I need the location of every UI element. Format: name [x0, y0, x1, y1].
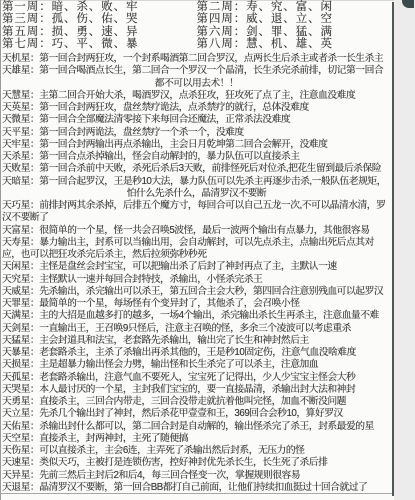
- colon-separator: ：: [30, 482, 39, 493]
- star-entry: 天罪星：最简单的一个星，每场怪有个变异封了，其他杀了，会召唤小怪: [2, 298, 391, 310]
- guide-page: 第一周：暗、杀、败、牢第二周：寿、究、富、闲第三周：孤、伤、佑、哭第四周：威、退…: [0, 0, 415, 500]
- star-entry: 天哭星：本人最讨厌的一个星，主封我们宝宝的，要一直接晶清，杀输出封大法和神封: [2, 384, 391, 396]
- star-name: 天闲星: [2, 261, 30, 272]
- star-name: 天哭星: [2, 384, 30, 395]
- right-border: [392, 2, 394, 496]
- star-entry: 天暗星：第一回合起罗汉，王是秒10大法，暴力队伍可以先杀主再逐步击杀,一般队伍老…: [2, 176, 391, 188]
- star-entry: 天佑星：杀输出封什么都可以，第二回合封是自动解的，输出怪杀完了杀王，封系最爱的星: [2, 421, 391, 433]
- star-entry: 天暴星：老套路杀主，主杀了杀输出再杀其他的，王是秒10固定伤，注意气血没啥难度: [2, 347, 391, 359]
- star-name: 天剑星: [2, 323, 30, 334]
- star-entry: 天闲星：主怪是盘丝会封宝宝，可以把输出杀了后封了神封再点了主，主默认一速: [2, 261, 391, 273]
- star-entry: 天满星：主的大招是血越多打的越多，一场4个输出，杀完输出杀长生再杀主，注意血量不…: [2, 310, 391, 322]
- star-name: 天败星: [2, 163, 30, 174]
- colon-separator: ：: [30, 286, 39, 297]
- star-entry: 天雄星：第一回合喝酒点长生，第二回合一个罗汉一个晶清，长生杀完杀前排，切记第一回…: [2, 65, 391, 77]
- star-guide-text: 第一回合点杀掉输出，怪会自动解封的，暴力队伍可以直接杀主: [39, 151, 299, 162]
- star-guide-text: 老套路杀输出，注意气血不要死人，宝宝死了记得出，少人少宝宝主怪会大秒: [39, 372, 355, 383]
- star-guide-text: 暴力输出主，封系可以当输出用，会自动解封，可以先点杀主，点输出死后点其对应，也可…: [2, 237, 374, 260]
- star-entry: 天异星：先前三然后主封后2和后4，每三回合怪变一次，掌握规则很容易: [2, 470, 391, 482]
- star-name: 天异星: [2, 470, 30, 481]
- star-name: 天损星: [2, 359, 30, 370]
- star-entry: 天寿星：暴力输出主，封系可以当输出用，会自动解封，可以先点杀主，点输出死后点其对…: [2, 237, 391, 262]
- star-name: 天暴星: [2, 347, 30, 358]
- star-guide-text: 第一回合起罗汉，王是秒10大法，暴力队伍可以先杀主再逐步击杀,一般队伍老规矩，: [39, 176, 386, 187]
- star-name: 天威星: [2, 286, 30, 297]
- colon-separator: ：: [30, 323, 39, 334]
- star-guide-text: 直接杀主，三回合内带走，三回合没带走就抗着他叫完怪，加血不断没问题: [39, 396, 346, 407]
- star-name: 天满星: [2, 310, 30, 321]
- colon-separator: ：: [30, 237, 39, 248]
- star-entry: 天勇星：直接杀主，三回合内带走，三回合没带走就抗着他叫完怪，加血不断没问题: [2, 396, 391, 408]
- star-guide-text: 主怪是盘丝会封宝宝，可以把输出杀了后封了神封再点了主，主默认一速: [39, 261, 337, 272]
- star-guide-text: 主会封道具和法宝，老套路先杀输出，输出完了长生和神封然后主: [39, 335, 309, 346]
- colon-separator: ：: [30, 114, 39, 125]
- star-guide-text: 直接杀主，封两神封，主死了随便搞: [39, 433, 188, 444]
- star-guide-text: 第一回合封两输出再点杀输出，主会日月乾坤第二回合会解开，没难度: [39, 139, 327, 150]
- star-entry: 天败星：第一回合杀前中天败，杀死后杀后3天败，前排怪死后对位杀,把花生留到最后杀…: [2, 163, 391, 175]
- week-item: 第六周：剑、罪、猛、满: [197, 26, 392, 38]
- colon-separator: ：: [30, 90, 39, 101]
- colon-separator: ：: [30, 225, 39, 236]
- week-item: 第一周：暗、杀、败、牢: [2, 1, 197, 13]
- colon-separator: ：: [30, 335, 39, 346]
- star-name: 天勇星: [2, 396, 30, 407]
- star-name: 天杀星: [2, 151, 30, 162]
- colon-separator: ：: [30, 396, 39, 407]
- star-entry: 天英星：第一回合封两狂攻，盘丝禁疗诡法，点杀禁疗的就行，总体没难度: [2, 102, 391, 114]
- star-name: 天暗星: [2, 176, 30, 187]
- colon-separator: ：: [30, 457, 39, 468]
- star-guide-text: 前排封两其余杀掉，后排五个魔方寸，每回合可以自己五龙一次,不可以晶清水清，罗汉不…: [2, 200, 385, 223]
- week-item: 第四周：威、退、立、空: [197, 13, 392, 25]
- colon-separator: ：: [30, 65, 39, 76]
- star-entry: 天杀星：第一回合点杀掉输出，怪会自动解封的，暴力队伍可以直接杀主: [2, 151, 391, 163]
- star-guide-text: 类似天巧，主被打是连锁伤害，控好神封优先杀长生，长生死了杀后排: [39, 457, 327, 468]
- star-name: 天速星: [2, 457, 30, 468]
- colon-separator: ：: [30, 151, 39, 162]
- star-name: 天牢星: [2, 139, 30, 150]
- star-guide-text: 可以直接杀主，主会6连，主弄死了杀输出然后封系，无压力的怪: [39, 445, 304, 456]
- week-item: 第八周：慧、机、雄、英: [197, 38, 392, 50]
- star-name: 天究星: [2, 274, 30, 285]
- star-guide-text: 第一回合杀前中天败，杀死后杀后3天败，前排怪死后对位杀,把花生留到最后杀保险: [39, 163, 381, 174]
- colon-separator: ：: [30, 274, 39, 285]
- colon-separator: ：: [30, 310, 39, 321]
- colon-separator: ：: [30, 127, 39, 138]
- star-guide-text: 第一回合封两狂攻，一个封系喝酒第二回合罗汉，点两长生后杀主或者杀一长生杀主: [39, 53, 383, 64]
- week-item: 第五周：损、勇、速、异: [2, 26, 197, 38]
- star-guide-text: 主是超暴力输出怪会力劈，输出怪和长生杀完了可以杀主，注意加血: [39, 359, 318, 370]
- week-schedule: 第一周：暗、杀、败、牢第二周：寿、究、富、闲第三周：孤、伤、佑、哭第四周：威、退…: [2, 1, 391, 50]
- colon-separator: ：: [30, 298, 39, 309]
- week-item: 第三周：孤、伤、佑、哭: [2, 13, 197, 25]
- star-guide-text: 主的大招是血越多打的越多，一场4个输出，杀完输出杀长生再杀主，注意血量不难: [39, 310, 379, 321]
- guide-content: 第一周：暗、杀、败、牢第二周：寿、究、富、闲第三周：孤、伤、佑、哭第四周：威、退…: [2, 1, 391, 494]
- star-name: 天英星: [2, 102, 30, 113]
- star-name: 天立星: [2, 408, 30, 419]
- star-entry: 天速星：类似天巧，主被打是连锁伤害，控好神封优先杀长生，长生死了杀后排: [2, 457, 391, 469]
- star-entry: 天立星：先杀几个输出封了神封，然后杀花甲壹壹和王，369回合会秒10，算好罗汉: [2, 408, 391, 420]
- colon-separator: ：: [30, 176, 39, 187]
- right-gutter: [394, 0, 415, 500]
- star-entry: 天空星：直接杀主，封两神封，主死了随便搞: [2, 433, 391, 445]
- star-guide-text: 先前三然后主封后2和后4，每三回合怪变一次，掌握规则很容易: [39, 470, 300, 481]
- star-guide-text: 老套路杀主，主杀了杀输出再杀其他的，王是秒10固定伤，注意气血没啥难度: [39, 347, 356, 358]
- star-guide-text: 第一回合封两狂攻，盘丝禁疗诡法，点杀禁疗的就行，总体没难度: [39, 102, 309, 113]
- star-guide-text: 晶清罗汉不要断，第一回合BB都打自己前面，让他们持续扣血挺过十回合就过了: [39, 482, 367, 493]
- colon-separator: ：: [30, 470, 39, 481]
- week-item: 第七周：巧、平、微、暴: [2, 38, 197, 50]
- colon-separator: ：: [30, 384, 39, 395]
- colon-separator: ：: [30, 359, 39, 370]
- colon-separator: ：: [30, 408, 39, 419]
- entry-list: 天机星：第一回合封两狂攻，一个封系喝酒第二回合罗汉，点两长生后杀主或者杀一长生杀…: [2, 53, 391, 494]
- star-guide-text: 最简单的一个星，每场怪有个变异封了，其他杀了，会召唤小怪: [39, 298, 299, 309]
- star-entry: 天富星：很简单的一个星，怪一共会召唤5波怪，最后一波两个输出有点暴力，其他很容易: [2, 225, 391, 237]
- star-entry: 天慧星：主第二回合开始大杀，喝酒罗汉，点杀狂攻，狂攻死了点了主，注意血没难度: [2, 90, 391, 102]
- star-name: 天寿星: [2, 237, 30, 248]
- star-guide-continuation: 都不可以用去术！！: [2, 78, 391, 90]
- star-guide-text: 主第二回合开始大杀，喝酒罗汉，点杀狂攻，狂攻死了点了主，注意血没难度: [39, 90, 355, 101]
- star-entry: 天剑星：一直输出王，王召唤9只怪后，注意主召唤的怪，多余三个凌波可以考虑重杀: [2, 323, 391, 335]
- star-name: 天雄星: [2, 65, 30, 76]
- week-item: 第二周：寿、究、富、闲: [197, 1, 392, 13]
- colon-separator: ：: [30, 163, 39, 174]
- colon-separator: ：: [30, 433, 39, 444]
- star-guide-text: 第一回合全部魔法清零接下来每回合还魔法，正常杀法没难度: [39, 114, 290, 125]
- star-name: 天慧星: [2, 90, 30, 101]
- star-entry: 天孤星：老套路杀输出，注意气血不要死人，宝宝死了记得出，少人少宝宝主怪会大秒: [2, 372, 391, 384]
- bottom-border: [0, 493, 394, 494]
- star-guide-text: 本人最讨厌的一个星，主封我们宝宝的，要一直接晶清，杀输出封大法和神封: [39, 384, 355, 395]
- star-entry: 天伤星：可以直接杀主，主会6连，主弄死了杀输出然后封系，无压力的怪: [2, 445, 391, 457]
- colon-separator: ：: [30, 53, 39, 64]
- star-guide-text: 一直输出王，王召唤9只怪后，注意主召唤的怪，多余三个凌波可以考虑重杀: [39, 323, 351, 334]
- star-name: 天退星: [2, 482, 30, 493]
- star-entry: 天威星：先杀输出，杀完输出可以杀王，第五回合主会大秒，第四回合注意别残血可以起罗…: [2, 286, 391, 298]
- star-name: 天空星: [2, 433, 30, 444]
- colon-separator: ：: [30, 445, 39, 456]
- star-name: 天富星: [2, 225, 30, 236]
- star-entry: 天微星：第一回合全部魔法清零接下来每回合还魔法，正常杀法没难度: [2, 114, 391, 126]
- colon-separator: ：: [30, 261, 39, 272]
- star-name: 天微星: [2, 114, 30, 125]
- star-entry: 天究星：主怪默认一速并每回合封特技，杀输出，小怪杀完杀王: [2, 274, 391, 286]
- star-entry: 天损星：主是超暴力输出怪会力劈，输出怪和长生杀完了可以杀主，注意加血: [2, 359, 391, 371]
- star-guide-text: 先杀输出，杀完输出可以杀王，第五回合主会大秒，第四回合注意别残血可以起罗汉: [39, 286, 383, 297]
- colon-separator: ：: [30, 421, 39, 432]
- star-entry: 天平星：第一回合封两诡法，盘丝禁疗一个杀一个，没难度: [2, 127, 391, 139]
- colon-separator: ：: [30, 200, 39, 211]
- star-guide-text: 先杀几个输出封了神封，然后杀花甲壹壹和王，369回合会秒10，算好罗汉: [39, 408, 343, 419]
- left-border: [0, 0, 1, 500]
- star-name: 天罪星: [2, 298, 30, 309]
- colon-separator: ：: [30, 372, 39, 383]
- star-name: 天机星: [2, 53, 30, 64]
- star-guide-continuation: 怕什么先杀什么，晶清罗汉不要断: [2, 188, 391, 200]
- star-guide-text: 杀输出封什么都可以，第二回合封是自动解的，输出怪杀完了杀王，封系最爱的星: [39, 421, 374, 432]
- star-name: 天佑星: [2, 421, 30, 432]
- star-entry: 天巧星：前排封两其余杀掉，后排五个魔方寸，每回合可以自己五龙一次,不可以晶清水清…: [2, 200, 391, 225]
- star-guide-text: 第一回合喝酒点长生，第二回合一个罗汉一个晶清，长生杀完杀前排，切记第一回合: [39, 65, 383, 76]
- star-entry: 天机星：第一回合封两狂攻，一个封系喝酒第二回合罗汉，点两长生后杀主或者杀一长生杀…: [2, 53, 391, 65]
- colon-separator: ：: [30, 102, 39, 113]
- colon-separator: ：: [30, 347, 39, 358]
- star-name: 天孤星: [2, 372, 30, 383]
- star-name: 天伤星: [2, 445, 30, 456]
- colon-separator: ：: [30, 139, 39, 150]
- star-name: 天猛星: [2, 335, 30, 346]
- star-name: 天巧星: [2, 200, 30, 211]
- star-guide-text: 第一回合封两诡法，盘丝禁疗一个杀一个，没难度: [39, 127, 244, 138]
- star-guide-text: 很简单的一个星，怪一共会召唤5波怪，最后一波两个输出有点暴力，其他很容易: [39, 225, 369, 236]
- star-entry: 天猛星：主会封道具和法宝，老套路先杀输出，输出完了长生和神封然后主: [2, 335, 391, 347]
- star-name: 天平星: [2, 127, 30, 138]
- star-guide-text: 主怪默认一速并每回合封特技，杀输出，小怪杀完杀王: [39, 274, 262, 285]
- star-entry: 天牢星：第一回合封两输出再点杀输出，主会日月乾坤第二回合会解开，没难度: [2, 139, 391, 151]
